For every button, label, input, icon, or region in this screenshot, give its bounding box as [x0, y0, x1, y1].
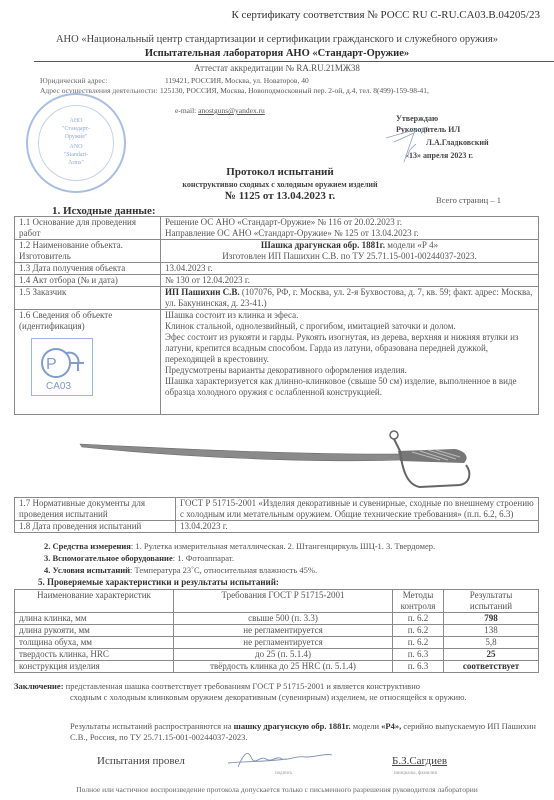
column-header: Наименование характеристик — [15, 590, 174, 613]
cell-result: 5,8 — [444, 637, 539, 649]
cell-result: 25 — [444, 649, 539, 661]
row-key-label: 1.6 Сведения об объекте (идентификация) — [19, 310, 156, 332]
tester-caption: инициалы, фамилия — [394, 771, 437, 776]
row-key: 1.7 Нормативные документы для проведения… — [15, 498, 176, 521]
conclusion-text-cont: сходным с холодным клинковым оружием дек… — [70, 692, 534, 703]
cell-req: до 25 (п. 5.1.4) — [174, 649, 393, 661]
cell-req: твёрдость клинка до 25 HRC (п. 5.1.4) — [174, 661, 393, 673]
stamp-line: "Стандарт- — [28, 125, 124, 133]
object-name: Шашка драгунская обр. 1881г. модели «Р 4… — [165, 240, 534, 251]
protocol-subtitle: конструктивно сходных с холодным оружием… — [140, 180, 420, 189]
value-line: Шашка характеризуется как длинно-клинков… — [165, 376, 534, 398]
value-line: Эфес состоит из рукояти и гарды. Рукоять… — [165, 332, 534, 365]
object-model: модели «Р 4» — [385, 240, 438, 250]
table-row: конструкция изделиятвёрдость клинка до 2… — [15, 661, 539, 673]
approver-name: Л.А.Гладковский — [426, 138, 489, 147]
stamp-line: Оружие" — [28, 133, 124, 141]
cell-req: не регламентируется — [174, 637, 393, 649]
footer-notice: Полное или частичное воспроизведение про… — [0, 785, 554, 794]
certification-logo: P CA03 — [31, 338, 93, 396]
cell-method: п. 6.2 — [393, 613, 444, 625]
activity-address-label: Адрес осуществления деятельности: — [40, 86, 157, 95]
stamp-line: АНО — [28, 117, 124, 125]
tester-name: Б.З.Сагдиев — [392, 755, 447, 767]
value-line: Предусмотрены варианты декоративного офо… — [165, 365, 534, 376]
row-key: 1.4 Акт отбора (№ и дата) — [15, 275, 161, 287]
laboratory-name: Испытательная лаборатория АНО «Стандарт-… — [0, 48, 554, 59]
activity-address: 125130, РОССИЯ, Москва, Новоподмосковный… — [160, 86, 429, 95]
stamp-line: ANO — [28, 143, 124, 151]
results-text: модели — [351, 721, 382, 731]
row-value: Шашка состоит из клинка и эфеса. Клинок … — [161, 310, 539, 415]
accreditation: Аттестат аккредитации № RA.RU.21МЖ38 — [0, 63, 554, 73]
legal-address: 119421, РОССИЯ, Москва, ул. Новаторов, 4… — [165, 76, 309, 85]
results-scope: Результаты испытаний распространяются на… — [70, 721, 540, 743]
row-value: № 130 от 12.04.2023 г. — [161, 275, 539, 287]
row-value: ИП Пашихин С.В. (107076, РФ, г. Москва, … — [161, 287, 539, 310]
conclusion-label: Заключение: — [14, 681, 64, 691]
cell-name: длина клинка, мм — [15, 613, 174, 625]
row-key: 1.5 Заказчик — [15, 287, 161, 310]
cell-result: соответствует — [444, 661, 539, 673]
row-value: Шашка драгунская обр. 1881г. модели «Р 4… — [161, 240, 539, 263]
stamp-line: "Standart- — [28, 151, 124, 159]
value-line: Направление ОС АНО «Стандарт-Оружие» № 1… — [165, 228, 534, 239]
table-row: 1.3 Дата получения объекта 13.04.2023 г. — [15, 263, 539, 275]
row-value: Решение ОС АНО «Стандарт-Оружие» № 116 о… — [161, 217, 539, 240]
section-text: : 1. Рулетка измерительная металлическая… — [131, 541, 435, 551]
row-value: 13.04.2023 г. — [161, 263, 539, 275]
cell-method: п. 6.3 — [393, 661, 444, 673]
table-row: длина рукояти, ммне регламентируетсяп. 6… — [15, 625, 539, 637]
test-conditions: 4. Условия испытаний: Температура 23˚С, … — [44, 565, 317, 575]
section-5-heading: 5. Проверяемые характеристики и результа… — [38, 577, 279, 587]
table-row: 1.1 Основание для проведения работ Решен… — [15, 217, 539, 240]
table-row: твердость клинка, HRCдо 25 (п. 5.1.4)п. … — [15, 649, 539, 661]
row-key: 1.2 Наименование объекта. Изготовитель — [15, 240, 161, 263]
column-header: Требования ГОСТ Р 51715-2001 — [174, 590, 393, 613]
value-line: Шашка состоит из клинка и эфеса. — [165, 310, 534, 321]
table-row: толщина обуха, ммне регламентируетсяп. 6… — [15, 637, 539, 649]
cell-req: свыше 500 (п. 3.3) — [174, 613, 393, 625]
value-line: Клинок стальной, однолезвийный, с прогиб… — [165, 321, 534, 332]
object-name-bold: Шашка драгунская обр. 1881г. — [261, 240, 385, 250]
table-row: 1.7 Нормативные документы для проведения… — [15, 498, 539, 521]
results-text: Результаты испытаний распространяются на — [70, 721, 234, 731]
cell-name: твердость клинка, HRC — [15, 649, 174, 661]
cell-name: толщина обуха, мм — [15, 637, 174, 649]
column-header: Методы контроля — [393, 590, 444, 613]
conducted-label: Испытания провел — [97, 755, 185, 767]
section-label: 2. Средства измерения — [44, 541, 131, 551]
cell-result: 798 — [444, 613, 539, 625]
normative-table: 1.7 Нормативные документы для проведения… — [14, 497, 539, 533]
legal-address-label: Юридический адрес: — [40, 76, 107, 85]
row-key: 1.3 Дата получения объекта — [15, 263, 161, 275]
customer-name: ИП Пашихин С.В. — [165, 287, 240, 297]
organization-name: АНО «Национальный центр стандартизации и… — [0, 34, 554, 45]
table-row: 1.6 Сведения об объекте (идентификация) … — [15, 310, 539, 415]
organization-stamp: АНО "Стандарт- Оружие" ANO "Standart- Ar… — [26, 93, 126, 193]
column-header: Результаты испытаний — [444, 590, 539, 613]
email-link[interactable]: anostguns@yandex.ru — [198, 106, 265, 115]
row-key: 1.8 Дата проведения испытаний — [15, 521, 176, 533]
manufacturer: Изготовлен ИП Пашихин С.В. по ТУ 25.71.1… — [165, 251, 534, 262]
sword-photo — [60, 427, 480, 495]
row-key: 1.6 Сведения об объекте (идентификация) … — [15, 310, 161, 415]
cell-method: п. 6.2 — [393, 625, 444, 637]
auxiliary-equipment: 3. Вспомогательное оборудование: 1. Фото… — [44, 553, 234, 563]
results-product: шашку драгунскую обр. 1881г. — [234, 721, 351, 731]
email-label: e-mail: — [175, 106, 198, 115]
email-line: e-mail: anostguns@yandex.ru — [175, 106, 265, 115]
table-row: 1.8 Дата проведения испытаний 13.04.2023… — [15, 521, 539, 533]
cell-method: п. 6.3 — [393, 649, 444, 661]
table-row: длина клинка, ммсвыше 500 (п. 3.3)п. 6.2… — [15, 613, 539, 625]
section-text: : Температура 23˚С, относительная влажно… — [130, 565, 317, 575]
cell-result: 138 — [444, 625, 539, 637]
initial-data-table: 1.1 Основание для проведения работ Решен… — [14, 216, 539, 415]
signature-caption: подпись — [275, 771, 292, 776]
certificate-reference: К сертификату соответствия № РОСС RU C-R… — [231, 9, 540, 21]
protocol-number: № 1125 от 13.04.2023 г. — [140, 190, 420, 202]
section-text: : 1. Фотоаппарат. — [173, 553, 234, 563]
conclusion: Заключение: представленная шашка соответ… — [14, 681, 534, 703]
cell-method: п. 6.2 — [393, 637, 444, 649]
row-value: 13.04.2023 г. — [176, 521, 539, 533]
approver-signature — [384, 124, 434, 164]
rst-logo-icon: P CA03 — [32, 339, 92, 395]
approve-label: Утверждаю — [396, 114, 438, 123]
value-line: Решение ОС АНО «Стандарт-Оружие» № 116 о… — [165, 217, 534, 228]
results-table: Наименование характеристик Требования ГО… — [14, 589, 539, 673]
tester-signature — [226, 745, 336, 769]
table-row: 1.2 Наименование объекта. Изготовитель Ш… — [15, 240, 539, 263]
cell-req: не регламентируется — [174, 625, 393, 637]
row-key: 1.1 Основание для проведения работ — [15, 217, 161, 240]
protocol-title: Протокол испытаний — [140, 166, 420, 178]
svg-text:P: P — [46, 356, 57, 373]
table-row: 1.4 Акт отбора (№ и дата) № 130 от 12.04… — [15, 275, 539, 287]
results-model: «Р4», — [381, 721, 401, 731]
stamp-line: Arms" — [28, 159, 124, 167]
section-label: 4. Условия испытаний — [44, 565, 130, 575]
table-row: 1.5 Заказчик ИП Пашихин С.В. (107076, РФ… — [15, 287, 539, 310]
section-label: 3. Вспомогательное оборудование — [44, 553, 173, 563]
measuring-tools: 2. Средства измерения: 1. Рулетка измери… — [44, 541, 435, 551]
conclusion-text: представленная шашка соответствует требо… — [64, 681, 420, 691]
row-value: ГОСТ Р 51715-2001 «Изделия декоративные … — [176, 498, 539, 521]
table-header-row: Наименование характеристик Требования ГО… — [15, 590, 539, 613]
header-divider — [34, 61, 554, 62]
page-count: Всего страниц – 1 — [436, 195, 501, 205]
logo-code: CA03 — [46, 381, 71, 392]
cell-name: длина рукояти, мм — [15, 625, 174, 637]
cell-name: конструкция изделия — [15, 661, 174, 673]
